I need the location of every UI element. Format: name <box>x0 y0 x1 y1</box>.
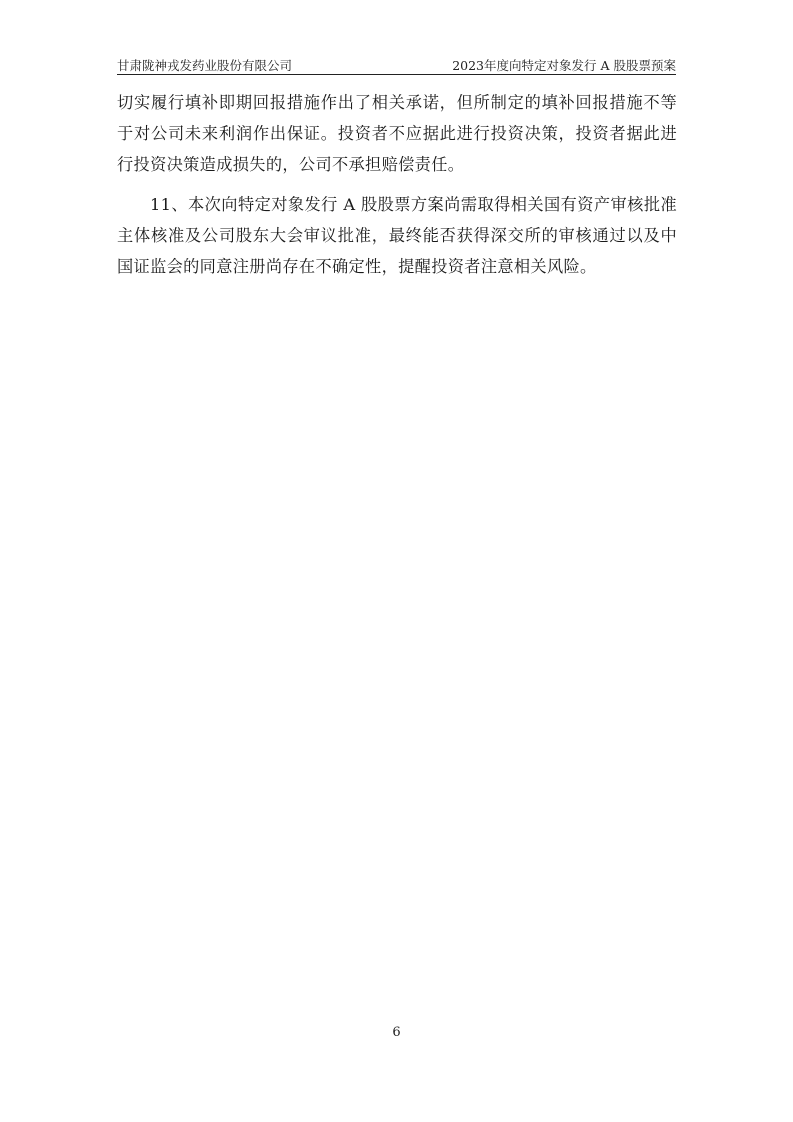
paragraph-continuation: 切实履行填补即期回报措施作出了相关承诺，但所制定的填补回报措施不等于对公司未来利… <box>117 87 677 181</box>
page-header: 甘肃陇神戎发药业股份有限公司 2023年度向特定对象发行 A 股股票预案 <box>117 56 676 75</box>
document-body: 切实履行填补即期回报措施作出了相关承诺，但所制定的填补回报措施不等于对公司未来利… <box>117 87 677 282</box>
header-company-name: 甘肃陇神戎发药业股份有限公司 <box>117 58 292 73</box>
page-number: 6 <box>0 1025 793 1041</box>
paragraph-item-11: 11、本次向特定对象发行 A 股股票方案尚需取得相关国有资产审核批准主体核准及公… <box>117 189 677 283</box>
header-document-title: 2023年度向特定对象发行 A 股股票预案 <box>452 58 676 73</box>
